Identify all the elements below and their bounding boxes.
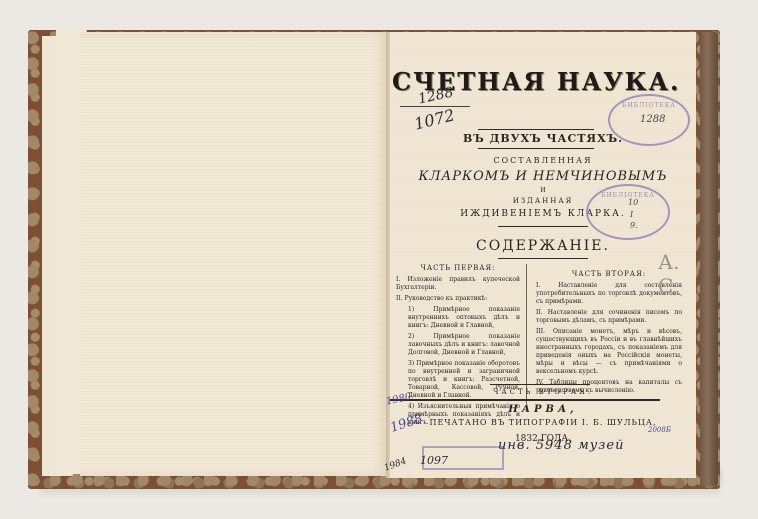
margin-pencil-letters: А. С	[658, 250, 696, 298]
inventory-number: инв. 5948 музей	[498, 438, 624, 453]
rule-contents-top	[498, 226, 588, 227]
stamp-label: БИБЛIОТЕКА	[610, 102, 688, 109]
rule-contents-bottom	[498, 258, 588, 259]
library-stamp-1: БИБЛIОТЕКА 1288	[608, 94, 690, 146]
imprint-city: НАРВА,	[390, 404, 696, 415]
part-one-item: II. Руководство къ практикѣ:	[396, 295, 520, 303]
compiled-label: СОСТАВЛЕННАЯ	[390, 156, 696, 165]
title-page: СЧЕТНАЯ НАУКА. ВЪ ДВУХЪ ЧАСТЯХЪ. СОСТАВЛ…	[390, 32, 696, 478]
part-two-item: II. Наставленiе для сочиненiя писемъ по …	[536, 309, 682, 325]
stamp-number-month: I	[630, 210, 633, 219]
contents-heading: СОДЕРЖАНIЕ.	[390, 238, 696, 254]
handwritten-1097: 1097	[420, 454, 448, 467]
book-scene: СЧЕТНАЯ НАУКА. ВЪ ДВУХЪ ЧАСТЯХЪ. СОСТАВЛ…	[0, 0, 758, 519]
part-label: ЧАСТЬ ВТОРАЯ.	[390, 388, 696, 396]
part-one-subitem: 2) Примѣрное показанiе лавочныхъ дѣлъ и …	[408, 333, 520, 357]
part-one-item: I. Изложенiе правилъ купеческой Бухгалте…	[396, 276, 520, 292]
part-two-item: III. Описанiе монетъ, мѣръ и вѣсовъ, сущ…	[536, 328, 682, 376]
stamp-number-year: 9.	[630, 221, 638, 230]
blank-left-page	[80, 32, 388, 476]
part-one-heading: ЧАСТЬ ПЕРВАЯ:	[396, 264, 520, 272]
rule-top	[478, 129, 594, 130]
handwritten-underline	[400, 106, 470, 107]
book-cover-right-edge	[700, 32, 718, 486]
stamp-number-day: 10	[628, 198, 638, 207]
handwritten-code: 2008Б	[648, 426, 671, 434]
stamp-number: 1288	[640, 114, 665, 125]
column-divider	[526, 264, 527, 404]
handwritten-number-2: 1072	[412, 105, 456, 133]
library-stamp-2: БИБЛIОТЕКА 10 I 9.	[586, 184, 670, 240]
rule-sub	[478, 148, 594, 149]
rule-part	[490, 384, 590, 385]
rule-imprint	[390, 399, 660, 401]
part-one-subitem: 1) Примѣрное показанiе внутреннихъ оптов…	[408, 306, 520, 330]
authors: КЛАРКОМЪ И НЕМЧИНОВЫМЪ	[390, 169, 696, 184]
